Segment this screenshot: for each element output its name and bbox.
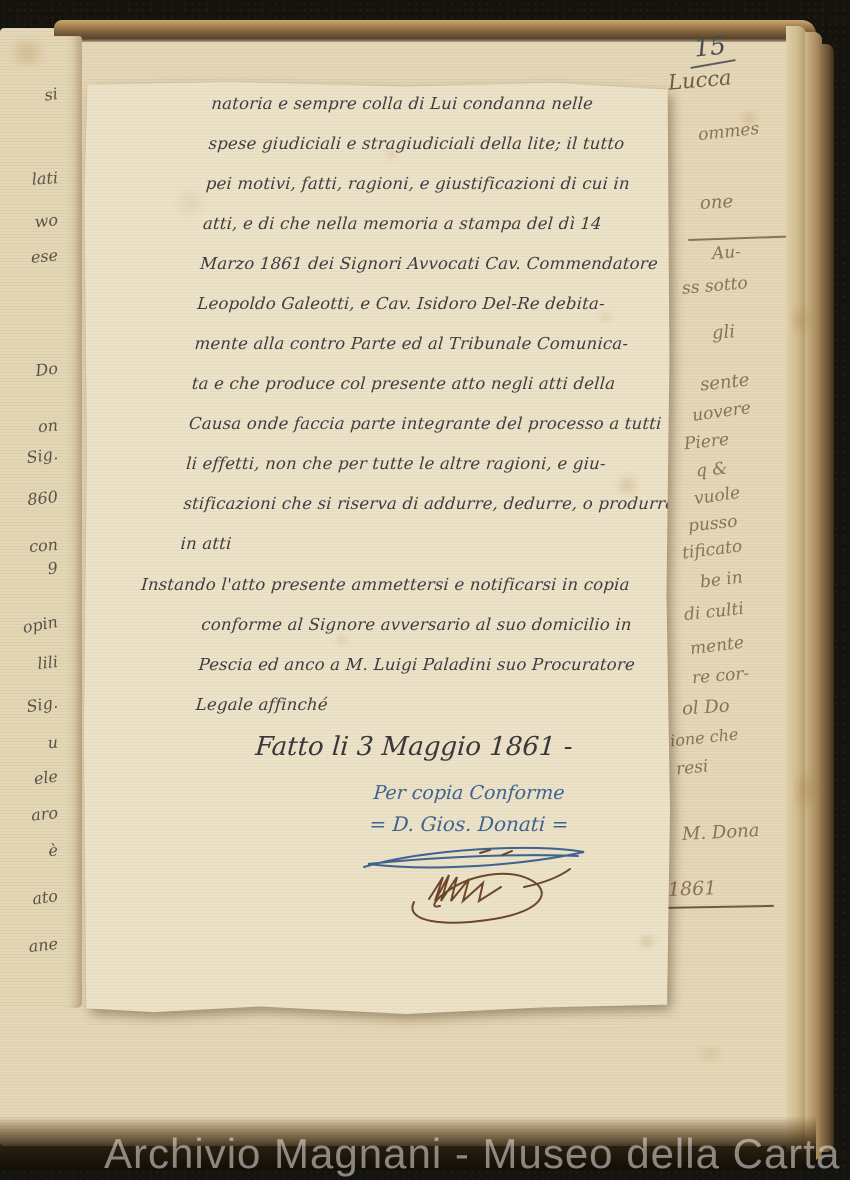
paper-stain [334, 634, 350, 646]
left-fragment: Sig. [0, 444, 59, 471]
underlay-fragment: ol Do [681, 695, 730, 719]
watermark: Archivio Magnani - Museo della Carta [104, 1130, 840, 1178]
left-fragment: 9 [0, 558, 59, 585]
underlay-fragment: Au- [711, 242, 741, 264]
act-petition: Instando l'atto presente ammettersi e no… [131, 565, 662, 725]
underlay-fragment: one [699, 191, 733, 214]
handwritten-line: Instando l'atto presente ammettersi e no… [140, 565, 663, 605]
handwritten-line: spese giudiciali e stragiudiciali della … [207, 124, 680, 164]
left-fragment: ese [0, 246, 59, 270]
paper-stain [736, 110, 762, 128]
handwritten-line: Pescia ed anco a M. Luigi Paladini suo P… [134, 645, 657, 685]
underlay-fragment: gli [711, 321, 735, 344]
left-fragment: lati [0, 168, 59, 191]
handwritten-line: ta e che produce col presente atto negli… [190, 364, 663, 404]
left-fragment: Sig. [0, 693, 59, 721]
archival-scan: 15 Lucca ommes one Au- ss sotto gli sent… [0, 0, 850, 1180]
paper-stain [170, 188, 210, 218]
left-fragment: opin [0, 612, 59, 641]
dateline: Fatto li 3 Maggio 1861 - [253, 732, 575, 762]
paper-stain [636, 934, 658, 949]
handwritten-line: Causa onde faccia parte integrante del p… [188, 404, 661, 444]
certifier-signature: = D. Gios. Donati = [313, 812, 625, 836]
handwritten-line: Marzo 1861 dei Signori Avvocati Cav. Com… [199, 244, 672, 284]
left-fragment: ato [0, 886, 59, 913]
paper-stain [612, 474, 642, 496]
handwritten-line: atti, e di che nella memoria a stampa de… [202, 204, 675, 244]
left-fragment: 860 [0, 487, 59, 512]
act-body: natoria e sempre colla di Lui condanna n… [179, 84, 683, 564]
left-fragment: aro [0, 803, 59, 828]
handwritten-signature-icon [384, 847, 574, 932]
handwritten-line: mente alla contro Parte ed al Tribunale … [193, 324, 666, 364]
left-fragment: Do [0, 359, 59, 385]
left-fragment: ele [0, 767, 59, 793]
handwritten-line: pei motivi, fatti, ragioni, e giustifica… [204, 164, 677, 204]
left-fragment: con [0, 535, 59, 558]
handwritten-line: Legale affinché [131, 685, 654, 725]
handwritten-line: li effetti, non che per tutte le altre r… [185, 444, 658, 484]
page-edge-stack [820, 44, 834, 1152]
handwritten-line: conforme al Signore avversario al suo do… [137, 605, 660, 645]
left-fragment: si [0, 84, 59, 111]
paper-stain [2, 40, 52, 66]
paper-stain [690, 1046, 730, 1062]
underlay-fragment-year: 1861 [668, 877, 717, 901]
underlay-fragment: q & [695, 459, 728, 482]
previous-page-edge: si lati wo ese Do on Sig. 860 con 9 opin… [0, 36, 82, 1008]
left-fragment: ane [0, 934, 59, 959]
left-fragment: u [0, 733, 59, 757]
handwritten-line: in atti [179, 524, 652, 564]
act-sheet: natoria e sempre colla di Lui condanna n… [84, 82, 670, 1014]
left-fragment: wo [0, 210, 59, 235]
left-fragment: lili [0, 652, 59, 677]
page-number: 15 [693, 30, 728, 62]
edge-stain [792, 300, 810, 340]
paper-stain [597, 310, 615, 324]
paper-stain [384, 148, 398, 160]
handwritten-line: stificazioni che si riserva di addurre, … [182, 484, 655, 524]
handwritten-line: natoria e sempre colla di Lui condanna n… [210, 84, 683, 124]
edge-stain [796, 760, 816, 820]
page-edge-stack [786, 26, 806, 1164]
underlay-fragment: M. Dona [682, 820, 760, 845]
copy-certification: Per copia Conforme [353, 782, 585, 804]
left-fragment: è [0, 841, 59, 865]
left-fragment: on [0, 416, 59, 440]
act-sheet-wrap: natoria e sempre colla di Lui condanna n… [84, 82, 670, 1014]
underlay-fragment: resi [675, 756, 709, 779]
